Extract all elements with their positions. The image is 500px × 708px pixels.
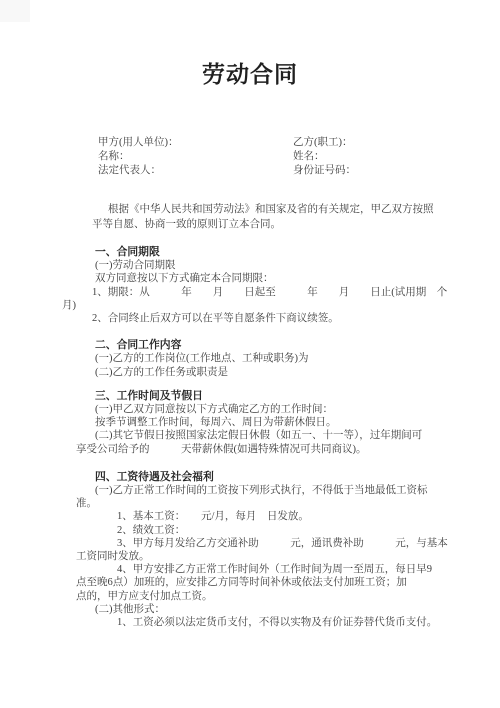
doc-line: 点至晚6点）加班的，应安排乙方同等时间补休或依法支付加班工资；加 (76, 576, 415, 589)
section-heading: 三、工作时间及节假日 (95, 390, 415, 403)
party-info-block: 甲方(用人单位)： 乙方(职工)： 名称： 姓名： 法定代表人： 身份证号码： (98, 136, 500, 178)
party-row: 法定代表人： 身份证号码： (98, 164, 500, 178)
doc-line: 双方同意按以下方式确定本合同期限： (95, 272, 415, 285)
doc-line: (一)乙方正常工作时间的工资按下列形式执行，不得低于当地最低工资标 (95, 484, 415, 497)
doc-line: 1、期限：从 年 月 日起至 年 月 日止(试用期 个 (92, 286, 415, 299)
section-salary-welfare: 四、工资待遇及社会福利 (一)乙方正常工作时间的工资按下列形式执行，不得低于当地… (95, 471, 415, 629)
doc-line: 平等自愿、协商一致的原则订立本合同。 (92, 217, 415, 232)
section-work-hours-holidays: 三、工作时间及节假日 (一)甲乙双方同意按以下方式确定乙方的工作时间： 按季节调… (95, 390, 415, 456)
party-row: 甲方(用人单位)： 乙方(职工)： (98, 136, 500, 150)
doc-line: 4、甲方安排乙方正常工作时间外（工作时间为周一至周五，每日早9 (117, 563, 415, 576)
doc-line: (二)乙方的工作任务或职责是 (95, 366, 415, 379)
doc-line: (一)劳动合同期限 (95, 259, 415, 272)
doc-line: 月) (62, 299, 415, 312)
party-b-label: 乙方(职工)： (293, 136, 353, 150)
doc-line: 3、甲方每月发给乙方交通补助 元，通讯费补助 元，与基本 (117, 537, 415, 550)
party-a-representative-label: 法定代表人： (98, 165, 161, 176)
party-row: 名称： 姓名： (98, 150, 500, 164)
contract-document-page: 劳动合同 甲方(用人单位)： 乙方(职工)： 名称： 姓名： 法定代表人： 身份… (0, 0, 500, 708)
party-a-label: 甲方(用人单位)： (98, 137, 179, 148)
doc-line: 1、基本工资： 元/月，每月 日发放。 (117, 510, 415, 523)
doc-line: 1、工资必须以法定货币支付，不得以实物及有价证券替代货币支付。 (117, 616, 415, 629)
party-b-id-label: 身份证号码： (293, 164, 356, 178)
doc-line: 工资同时发放。 (76, 550, 415, 563)
party-a-name-label: 名称： (98, 151, 130, 162)
doc-line: (一)乙方的工作岗位(工作地点、工种或职务)为 (95, 352, 415, 365)
doc-line: (二)其它节假日按照国家法定假日休假（如五一、十一等），过年期间可 (95, 429, 415, 442)
section-heading: 二、合同工作内容 (95, 339, 415, 352)
doc-line: 点的，甲方应支付加点工资。 (76, 590, 415, 603)
scan-artifact-corner (0, 0, 30, 22)
section-work-content: 二、合同工作内容 (一)乙方的工作岗位(工作地点、工种或职务)为 (二)乙方的工… (95, 339, 415, 379)
document-title: 劳动合同 (0, 0, 500, 88)
doc-line: (二)其他形式： (95, 603, 415, 616)
doc-line: 按季节调整工作时间，每周六、周日为带薪休假日。 (95, 416, 415, 429)
doc-line: 根据《中华人民共和国劳动法》和国家及省的有关规定，甲乙双方按照 (108, 202, 415, 217)
doc-line: 2、合同终止后双方可以在平等自愿条件下商议续签。 (92, 312, 415, 325)
doc-line: 准。 (76, 497, 415, 510)
section-heading: 四、工资待遇及社会福利 (95, 471, 415, 484)
document-body: 根据《中华人民共和国劳动法》和国家及省的有关规定，甲乙双方按照 平等自愿、协商一… (95, 202, 415, 629)
intro-paragraph: 根据《中华人民共和国劳动法》和国家及省的有关规定，甲乙双方按照 平等自愿、协商一… (95, 202, 415, 232)
section-heading: 一、合同期限 (95, 246, 415, 259)
section-contract-term: 一、合同期限 (一)劳动合同期限 双方同意按以下方式确定本合同期限： 1、期限：… (95, 246, 415, 325)
doc-line: 享受公司给予的 天带薪休假(如遇特殊情况可共同商议)。 (76, 443, 415, 456)
party-b-name-label: 姓名： (293, 150, 325, 164)
doc-line: (一)甲乙双方同意按以下方式确定乙方的工作时间： (95, 403, 415, 416)
doc-line: 2、绩效工资： (117, 524, 415, 537)
